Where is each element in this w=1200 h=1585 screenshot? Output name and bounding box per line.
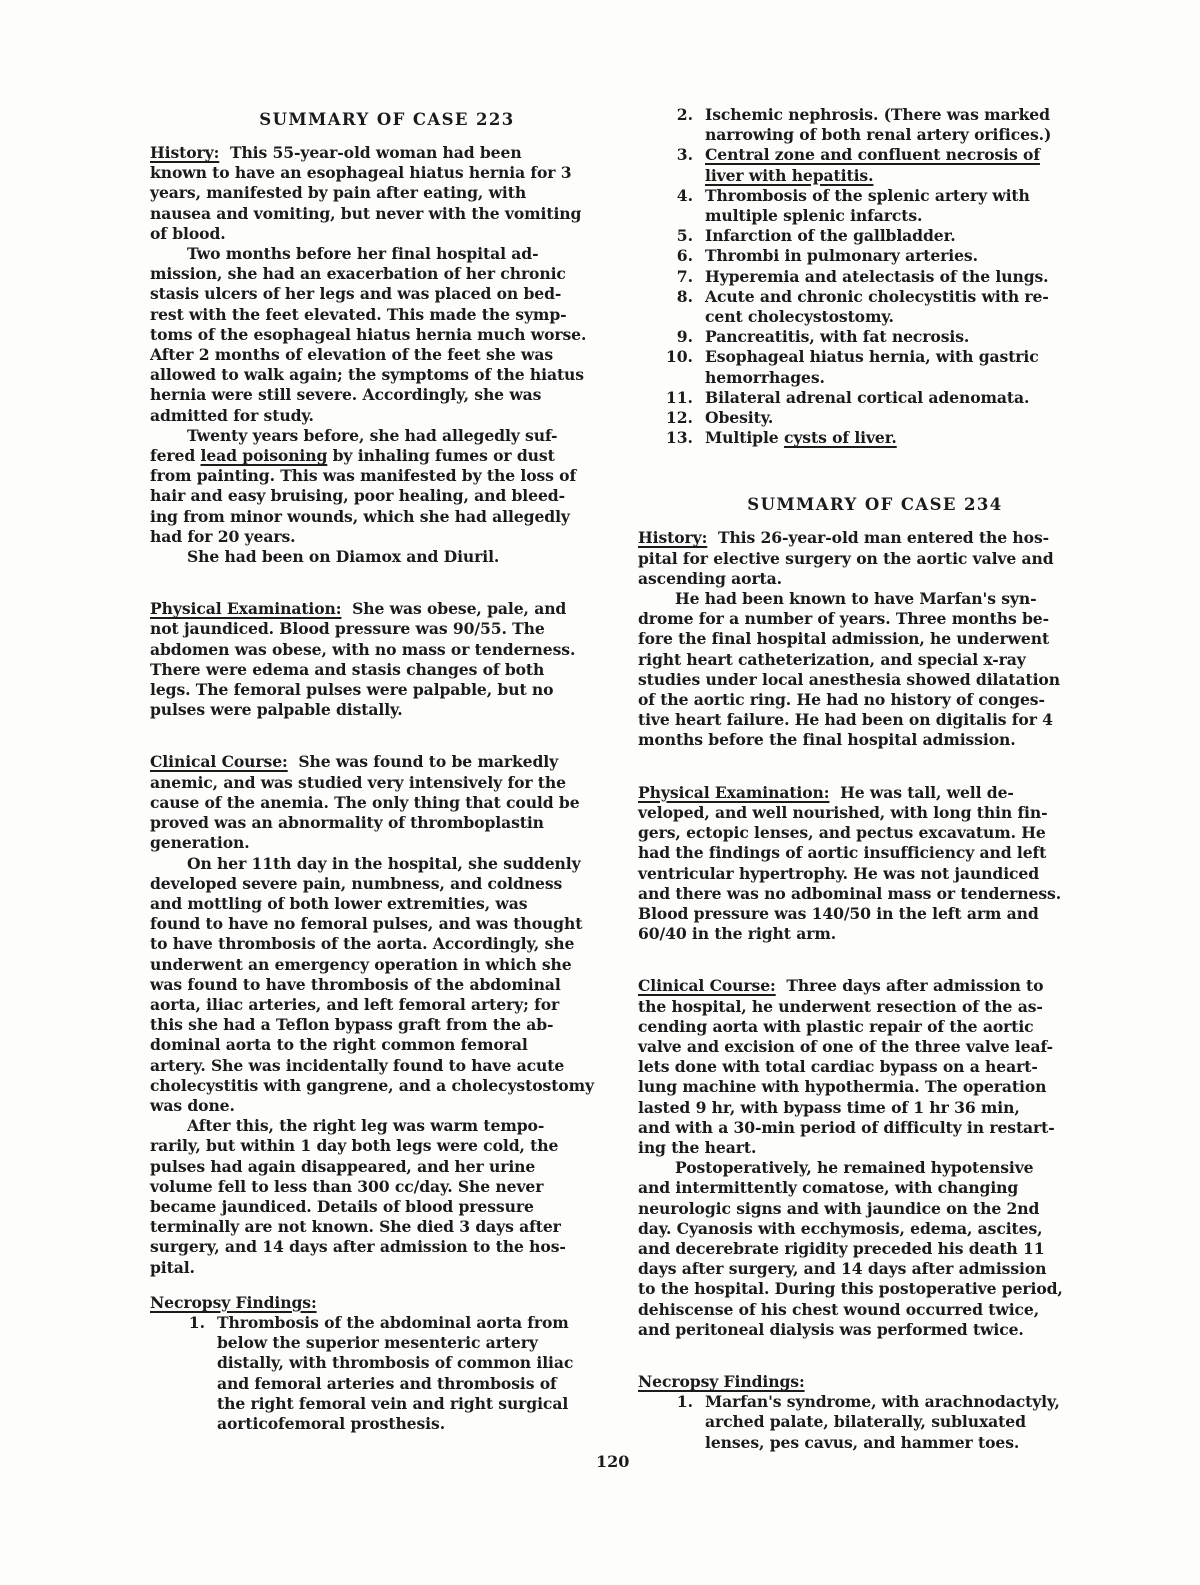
text-run: toms of the esophageal hiatus hernia muc…	[150, 325, 586, 344]
text-run: tive heart failure. He had been on digit…	[638, 710, 1053, 729]
text-run: generation.	[150, 833, 250, 852]
text-run: hernia were still severe. Accordingly, s…	[150, 385, 541, 404]
text-line: terminally are not known. She died 3 day…	[150, 1217, 624, 1237]
text-line: cholecystitis with gangrene, and a chole…	[150, 1076, 624, 1096]
list-item-text: Infarction of the gallbladder.	[693, 226, 956, 246]
text-run: and mottling of both lower extremities, …	[150, 894, 527, 913]
underlined-text: Clinical Course:	[150, 752, 288, 771]
text-run: dominal aorta to the right common femora…	[150, 1035, 528, 1054]
list-item: 6.Thrombi in pulmonary arteries.	[638, 246, 1112, 266]
list-item-number: 2.	[638, 105, 693, 145]
text-line: and decerebrate rigidity preceded his de…	[638, 1239, 1112, 1259]
text-line: Two months before her final hospital ad-	[150, 244, 624, 264]
text-line: Esophageal hiatus hernia, with gastric	[705, 347, 1039, 367]
text-line: pulses had again disappeared, and her ur…	[150, 1157, 624, 1177]
text-run: narrowing of both renal artery orifices.…	[705, 125, 1051, 144]
text-run: arched palate, bilaterally, subluxated	[705, 1412, 1026, 1431]
text-line: nausea and vomiting, but never with the …	[150, 204, 624, 224]
right-column: 2.Ischemic nephrosis. (There was markedn…	[638, 105, 1112, 1453]
underlined-text: Central zone and confluent necrosis of	[705, 145, 1040, 164]
text-run: the hospital, he underwent resection of …	[638, 997, 1043, 1016]
text-run: and with a 30-min period of difficulty i…	[638, 1118, 1055, 1137]
text-run: cholecystitis with gangrene, and a chole…	[150, 1076, 594, 1095]
list-item: 7.Hyperemia and atelectasis of the lungs…	[638, 267, 1112, 287]
text-run: was found to have thrombosis of the abdo…	[150, 975, 561, 994]
list-item-number: 1.	[638, 1392, 693, 1453]
paragraph: History: This 55-year-old woman had been…	[150, 143, 624, 244]
text-line: Thrombi in pulmonary arteries.	[705, 246, 978, 266]
text-run: SUMMARY OF CASE 234	[747, 495, 1002, 514]
paragraph: Two months before her final hospital ad-…	[150, 244, 624, 426]
text-line: Pancreatitis, with fat necrosis.	[705, 327, 969, 347]
text-line: pital.	[150, 1258, 624, 1278]
text-run: After this, the right leg was warm tempo…	[187, 1116, 544, 1135]
text-run: proved was an abnormality of thromboplas…	[150, 813, 544, 832]
text-line: not jaundiced. Blood pressure was 90/55.…	[150, 619, 624, 639]
text-run: pulses were palpable distally.	[150, 700, 403, 719]
text-run: Ischemic nephrosis. (There was marked	[705, 105, 1050, 124]
paragraph: Physical Examination: She was obese, pal…	[150, 599, 624, 720]
text-run: allowed to walk again; the symptoms of t…	[150, 365, 584, 384]
left-column: SUMMARY OF CASE 223History: This 55-year…	[150, 110, 624, 1434]
text-run: lasted 9 hr, with bypass time of 1 hr 36…	[638, 1098, 1020, 1117]
text-line: days after surgery, and 14 days after ad…	[638, 1259, 1112, 1279]
text-run: artery. She was incidentally found to ha…	[150, 1056, 564, 1075]
text-run: gers, ectopic lenses, and pectus excavat…	[638, 823, 1046, 842]
text-run: of blood.	[150, 224, 226, 243]
text-line: known to have an esophageal hiatus herni…	[150, 163, 624, 183]
text-run: pital.	[150, 1258, 195, 1277]
text-line: fore the final hospital admission, he un…	[638, 629, 1112, 649]
paragraph: Twenty years before, she had allegedly s…	[150, 426, 624, 547]
section: Physical Examination: He was tall, well …	[638, 751, 1112, 945]
text-run: dehiscense of his chest wound occurred t…	[638, 1300, 1039, 1319]
list-item: 12.Obesity.	[638, 408, 1112, 428]
text-run: Blood pressure was 140/50 in the left ar…	[638, 904, 1039, 923]
underlined-text: cysts of liver.	[784, 428, 897, 447]
text-line: underwent an emergency operation in whic…	[150, 955, 624, 975]
text-run: distally, with thrombosis of common ilia…	[217, 1353, 573, 1372]
paragraph: He had been known to have Marfan's syn-d…	[638, 589, 1112, 751]
text-line: ventricular hypertrophy. He was not jaun…	[638, 864, 1112, 884]
text-line: lung machine with hypothermia. The opera…	[638, 1077, 1112, 1097]
text-run: She was found to be markedly	[288, 752, 558, 771]
text-line: toms of the esophageal hiatus hernia muc…	[150, 325, 624, 345]
text-line: pulses were palpable distally.	[150, 700, 624, 720]
text-line: Marfan's syndrome, with arachnodactyly,	[705, 1392, 1060, 1412]
paragraph: She had been on Diamox and Diuril.	[150, 547, 624, 567]
text-line: hernia were still severe. Accordingly, s…	[150, 385, 624, 405]
text-line: multiple splenic infarcts.	[705, 206, 1030, 226]
text-line: Thrombosis of the splenic artery with	[705, 186, 1030, 206]
text-run: Marfan's syndrome, with arachnodactyly,	[705, 1392, 1060, 1411]
text-line: Physical Examination: He was tall, well …	[638, 783, 1112, 803]
text-line: Physical Examination: She was obese, pal…	[150, 599, 624, 619]
text-line: drome for a number of years. Three month…	[638, 609, 1112, 629]
text-run: hair and easy bruising, poor healing, an…	[150, 486, 565, 505]
text-run: rest with the feet elevated. This made t…	[150, 305, 567, 324]
list-item-text: Thrombosis of the splenic artery withmul…	[693, 186, 1030, 226]
paragraph: Physical Examination: He was tall, well …	[638, 783, 1112, 945]
text-line: the right femoral vein and right surgica…	[217, 1394, 573, 1414]
paragraph: After this, the right leg was warm tempo…	[150, 1116, 624, 1278]
text-line: liver with hepatitis.	[705, 166, 1040, 186]
text-line: below the superior mesenteric artery	[217, 1333, 573, 1353]
text-line: She had been on Diamox and Diuril.	[150, 547, 624, 567]
underlined-text: History:	[150, 143, 219, 162]
text-run: and femoral arteries and thrombosis of	[217, 1374, 557, 1393]
paragraph: Necropsy Findings:	[638, 1372, 1112, 1392]
text-run: to the hospital. During this postoperati…	[638, 1279, 1063, 1298]
text-line: Obesity.	[705, 408, 773, 428]
text-run: ing from minor wounds, which she had all…	[150, 507, 570, 526]
text-run: Infarction of the gallbladder.	[705, 226, 956, 245]
text-line: months before the final hospital admissi…	[638, 730, 1112, 750]
text-run: became jaundiced. Details of blood press…	[150, 1197, 534, 1216]
text-run: neurologic signs and with jaundice on th…	[638, 1199, 1039, 1218]
text-line: surgery, and 14 days after admission to …	[150, 1237, 624, 1257]
text-line: to have thrombosis of the aorta. Accordi…	[150, 934, 624, 954]
text-line: and mottling of both lower extremities, …	[150, 894, 624, 914]
list-item-number: 1.	[150, 1313, 205, 1434]
text-line: distally, with thrombosis of common ilia…	[217, 1353, 573, 1373]
text-run: anemic, and was studied very intensively…	[150, 773, 566, 792]
text-line: rarily, but within 1 day both legs were …	[150, 1136, 624, 1156]
text-run: hemorrhages.	[705, 368, 825, 387]
text-run: pulses had again disappeared, and her ur…	[150, 1157, 535, 1176]
document-page: SUMMARY OF CASE 223History: This 55-year…	[0, 0, 1200, 1585]
text-line: Infarction of the gallbladder.	[705, 226, 956, 246]
necropsy-list: 1.Marfan's syndrome, with arachnodactyly…	[638, 1392, 1112, 1453]
text-run: Multiple	[705, 428, 784, 447]
underlined-text: Physical Examination:	[150, 599, 341, 618]
text-line: of blood.	[150, 224, 624, 244]
text-line: became jaundiced. Details of blood press…	[150, 1197, 624, 1217]
paragraph: On her 11th day in the hospital, she sud…	[150, 854, 624, 1117]
text-run: admitted for study.	[150, 406, 314, 425]
text-line: ing from minor wounds, which she had all…	[150, 507, 624, 527]
text-line: and femoral arteries and thrombosis of	[217, 1374, 573, 1394]
text-run: months before the final hospital admissi…	[638, 730, 1016, 749]
text-run: studies under local anesthesia showed di…	[638, 670, 1060, 689]
text-run: fore the final hospital admission, he un…	[638, 629, 1049, 648]
text-line: After this, the right leg was warm tempo…	[150, 1116, 624, 1136]
text-line: stasis ulcers of her legs and was placed…	[150, 284, 624, 304]
case-title: SUMMARY OF CASE 234	[638, 448, 1112, 528]
text-run: days after surgery, and 14 days after ad…	[638, 1259, 1046, 1278]
text-line: Twenty years before, she had allegedly s…	[150, 426, 624, 446]
list-item-text: Marfan's syndrome, with arachnodactyly,a…	[693, 1392, 1060, 1453]
text-run: and peritoneal dialysis was performed tw…	[638, 1320, 1024, 1339]
text-run: Pancreatitis, with fat necrosis.	[705, 327, 969, 346]
list-item: 9.Pancreatitis, with fat necrosis.	[638, 327, 1112, 347]
underlined-text: liver with hepatitis.	[705, 166, 873, 185]
text-run: from painting. This was manifested by th…	[150, 466, 576, 485]
section: Necropsy Findings:	[638, 1340, 1112, 1392]
text-run: aorticofemoral prosthesis.	[217, 1414, 445, 1433]
text-run: terminally are not known. She died 3 day…	[150, 1217, 561, 1236]
text-run: There were edema and stasis changes of b…	[150, 660, 544, 679]
text-run: legs. The femoral pulses were palpable, …	[150, 680, 553, 699]
text-run: nausea and vomiting, but never with the …	[150, 204, 581, 223]
text-run: found to have no femoral pulses, and was…	[150, 914, 582, 933]
text-line: generation.	[150, 833, 624, 853]
list-item: 11.Bilateral adrenal cortical adenomata.	[638, 388, 1112, 408]
text-run: this she had a Teflon bypass graft from …	[150, 1015, 553, 1034]
text-line: lasted 9 hr, with bypass time of 1 hr 36…	[638, 1098, 1112, 1118]
text-run: was done.	[150, 1096, 235, 1115]
text-line: years, manifested by pain after eating, …	[150, 183, 624, 203]
text-line: to the hospital. During this postoperati…	[638, 1279, 1112, 1299]
text-run: surgery, and 14 days after admission to …	[150, 1237, 566, 1256]
text-line: lenses, pes cavus, and hammer toes.	[705, 1433, 1060, 1453]
text-line: ing the heart.	[638, 1138, 1112, 1158]
text-line: tive heart failure. He had been on digit…	[638, 710, 1112, 730]
text-line: the hospital, he underwent resection of …	[638, 997, 1112, 1017]
text-line: admitted for study.	[150, 406, 624, 426]
list-item: 4.Thrombosis of the splenic artery withm…	[638, 186, 1112, 226]
text-line: Ischemic nephrosis. (There was marked	[705, 105, 1051, 125]
text-run: Hyperemia and atelectasis of the lungs.	[705, 267, 1049, 286]
text-run: to have thrombosis of the aorta. Accordi…	[150, 934, 574, 953]
paragraph: Postoperatively, he remained hypotensive…	[638, 1158, 1112, 1340]
text-run: Three days after admission to	[776, 976, 1044, 995]
list-item-text: Thrombi in pulmonary arteries.	[693, 246, 978, 266]
text-run: Twenty years before, she had allegedly s…	[187, 426, 557, 445]
text-line: Postoperatively, he remained hypotensive	[638, 1158, 1112, 1178]
text-line: developed severe pain, numbness, and col…	[150, 874, 624, 894]
text-run: ventricular hypertrophy. He was not jaun…	[638, 864, 1039, 883]
list-item-number: 10.	[638, 347, 693, 387]
text-run: by inhaling fumes or dust	[327, 446, 554, 465]
list-item-number: 11.	[638, 388, 693, 408]
text-line: neurologic signs and with jaundice on th…	[638, 1199, 1112, 1219]
text-line: hemorrhages.	[705, 368, 1039, 388]
underlined-text: Clinical Course:	[638, 976, 776, 995]
text-line: and there was no adbominal mass or tende…	[638, 884, 1112, 904]
text-line: Thrombosis of the abdominal aorta from	[217, 1313, 573, 1333]
text-run: 60/40 in the right arm.	[638, 924, 836, 943]
text-run: below the superior mesenteric artery	[217, 1333, 538, 1352]
text-run: right heart catheterization, and special…	[638, 650, 1026, 669]
list-item-text: Ischemic nephrosis. (There was markednar…	[693, 105, 1051, 145]
text-run: Thrombi in pulmonary arteries.	[705, 246, 978, 265]
text-run: Two months before her final hospital ad-	[187, 244, 538, 263]
text-run: had for 20 years.	[150, 527, 295, 546]
text-line: from painting. This was manifested by th…	[150, 466, 624, 486]
case-title: SUMMARY OF CASE 223	[150, 110, 624, 143]
section: History: This 26-year-old man entered th…	[638, 528, 1112, 750]
text-line: Necropsy Findings:	[150, 1293, 624, 1313]
text-run: On her 11th day in the hospital, she sud…	[187, 854, 581, 873]
list-item: 1.Marfan's syndrome, with arachnodactyly…	[638, 1392, 1112, 1453]
text-run: He had been known to have Marfan's syn-	[675, 589, 1036, 608]
section: Necropsy Findings:	[150, 1278, 624, 1313]
list-item-number: 7.	[638, 267, 693, 287]
necropsy-list: 1.Thrombosis of the abdominal aorta from…	[150, 1313, 624, 1434]
list-item-text: Esophageal hiatus hernia, with gastriche…	[693, 347, 1039, 387]
text-run: Thrombosis of the abdominal aorta from	[217, 1313, 569, 1332]
text-line: Blood pressure was 140/50 in the left ar…	[638, 904, 1112, 924]
text-line: narrowing of both renal artery orifices.…	[705, 125, 1051, 145]
text-run: Bilateral adrenal cortical adenomata.	[705, 388, 1029, 407]
underlined-text: Necropsy Findings:	[150, 1293, 317, 1312]
text-run: This 55-year-old woman had been	[219, 143, 521, 162]
text-line: There were edema and stasis changes of b…	[150, 660, 624, 680]
text-run: cent cholecystostomy.	[705, 307, 894, 326]
text-run: aorta, iliac arteries, and left femoral …	[150, 995, 559, 1014]
text-run: lenses, pes cavus, and hammer toes.	[705, 1433, 1019, 1452]
list-item: 5.Infarction of the gallbladder.	[638, 226, 1112, 246]
text-line: dehiscense of his chest wound occurred t…	[638, 1300, 1112, 1320]
text-line: fered lead poisoning by inhaling fumes o…	[150, 446, 624, 466]
paragraph: Necropsy Findings:	[150, 1293, 624, 1313]
section: History: This 55-year-old woman had been…	[150, 143, 624, 567]
text-run: After 2 months of elevation of the feet …	[150, 345, 553, 364]
text-run: fered	[150, 446, 201, 465]
text-run: multiple splenic infarcts.	[705, 206, 922, 225]
text-run: lets done with total cardiac bypass on a…	[638, 1057, 1038, 1076]
text-line: allowed to walk again; the symptoms of t…	[150, 365, 624, 385]
text-line: History: This 55-year-old woman had been	[150, 143, 624, 163]
section: Clinical Course: She was found to be mar…	[150, 720, 624, 1277]
list-item-text: Multiple cysts of liver.	[693, 428, 897, 448]
text-run: underwent an emergency operation in whic…	[150, 955, 572, 974]
text-line: and intermittently comatose, with changi…	[638, 1178, 1112, 1198]
text-run: pital for elective surgery on the aortic…	[638, 549, 1054, 568]
text-line: anemic, and was studied very intensively…	[150, 773, 624, 793]
text-line: cent cholecystostomy.	[705, 307, 1049, 327]
text-line: had for 20 years.	[150, 527, 624, 547]
text-line: rest with the feet elevated. This made t…	[150, 305, 624, 325]
text-line: Acute and chronic cholecystitis with re-	[705, 287, 1049, 307]
text-run: and intermittently comatose, with changi…	[638, 1178, 1018, 1197]
page-number-text: 120	[596, 1452, 629, 1471]
text-run: and there was no adbominal mass or tende…	[638, 884, 1061, 903]
text-line: veloped, and well nourished, with long t…	[638, 803, 1112, 823]
text-run: She was obese, pale, and	[341, 599, 566, 618]
underlined-text: Physical Examination:	[638, 783, 829, 802]
text-line: legs. The femoral pulses were palpable, …	[150, 680, 624, 700]
list-item-number: 6.	[638, 246, 693, 266]
paragraph: Clinical Course: She was found to be mar…	[150, 752, 624, 853]
list-item: 3.Central zone and confluent necrosis of…	[638, 145, 1112, 185]
text-line: Central zone and confluent necrosis of	[705, 145, 1040, 165]
text-line: of the aortic ring. He had no history of…	[638, 690, 1112, 710]
underlined-text: lead poisoning	[201, 446, 328, 465]
text-line: and peritoneal dialysis was performed tw…	[638, 1320, 1112, 1340]
text-line: pital for elective surgery on the aortic…	[638, 549, 1112, 569]
list-item-number: 9.	[638, 327, 693, 347]
text-line: On her 11th day in the hospital, she sud…	[150, 854, 624, 874]
list-item-text: Obesity.	[693, 408, 773, 428]
list-item: 13.Multiple cysts of liver.	[638, 428, 1112, 448]
list-item-text: Hyperemia and atelectasis of the lungs.	[693, 267, 1049, 287]
list-item-number: 12.	[638, 408, 693, 428]
text-line: gers, ectopic lenses, and pectus excavat…	[638, 823, 1112, 843]
list-item: 2.Ischemic nephrosis. (There was markedn…	[638, 105, 1112, 145]
text-line: lets done with total cardiac bypass on a…	[638, 1057, 1112, 1077]
text-line: had the findings of aortic insufficiency…	[638, 843, 1112, 863]
text-line: proved was an abnormality of thromboplas…	[150, 813, 624, 833]
text-line: right heart catheterization, and special…	[638, 650, 1112, 670]
text-line: cending aorta with plastic repair of the…	[638, 1017, 1112, 1037]
necropsy-list: 2.Ischemic nephrosis. (There was markedn…	[638, 105, 1112, 448]
section: Clinical Course: Three days after admiss…	[638, 944, 1112, 1340]
text-line: valve and excision of one of the three v…	[638, 1037, 1112, 1057]
text-run: Obesity.	[705, 408, 773, 427]
list-item-number: 4.	[638, 186, 693, 226]
text-run: This 26-year-old man entered the hos-	[707, 528, 1049, 547]
text-line: and with a 30-min period of difficulty i…	[638, 1118, 1112, 1138]
text-line: Bilateral adrenal cortical adenomata.	[705, 388, 1029, 408]
text-run: volume fell to less than 300 cc/day. She…	[150, 1177, 543, 1196]
text-line: Clinical Course: Three days after admiss…	[638, 976, 1112, 996]
text-run: rarily, but within 1 day both legs were …	[150, 1136, 558, 1155]
text-line: Necropsy Findings:	[638, 1372, 1112, 1392]
text-line: 60/40 in the right arm.	[638, 924, 1112, 944]
text-run: SUMMARY OF CASE 223	[259, 110, 514, 129]
text-line: He had been known to have Marfan's syn-	[638, 589, 1112, 609]
section: Physical Examination: She was obese, pal…	[150, 567, 624, 720]
text-line: Hyperemia and atelectasis of the lungs.	[705, 267, 1049, 287]
text-run: and decerebrate rigidity preceded his de…	[638, 1239, 1045, 1258]
text-run: She had been on Diamox and Diuril.	[187, 547, 499, 566]
text-run: He was tall, well de-	[829, 783, 1013, 802]
text-run: ascending aorta.	[638, 569, 782, 588]
text-run: of the aortic ring. He had no history of…	[638, 690, 1045, 709]
text-run: Thrombosis of the splenic artery with	[705, 186, 1030, 205]
text-line: artery. She was incidentally found to ha…	[150, 1056, 624, 1076]
text-run: not jaundiced. Blood pressure was 90/55.…	[150, 619, 545, 638]
list-item-text: Acute and chronic cholecystitis with re-…	[693, 287, 1049, 327]
text-line: cause of the anemia. The only thing that…	[150, 793, 624, 813]
list-item-text: Thrombosis of the abdominal aorta frombe…	[205, 1313, 573, 1434]
text-line: abdomen was obese, with no mass or tende…	[150, 640, 624, 660]
text-run: veloped, and well nourished, with long t…	[638, 803, 1048, 822]
text-line: was done.	[150, 1096, 624, 1116]
text-line: History: This 26-year-old man entered th…	[638, 528, 1112, 548]
text-line: aorta, iliac arteries, and left femoral …	[150, 995, 624, 1015]
text-line: found to have no femoral pulses, and was…	[150, 914, 624, 934]
underlined-text: History:	[638, 528, 707, 547]
text-run: Esophageal hiatus hernia, with gastric	[705, 347, 1039, 366]
list-item: 1.Thrombosis of the abdominal aorta from…	[150, 1313, 624, 1434]
text-line: aorticofemoral prosthesis.	[217, 1414, 573, 1434]
text-line: Clinical Course: She was found to be mar…	[150, 752, 624, 772]
text-run: years, manifested by pain after eating, …	[150, 183, 526, 202]
text-run: valve and excision of one of the three v…	[638, 1037, 1053, 1056]
text-line: day. Cyanosis with ecchymosis, edema, as…	[638, 1219, 1112, 1239]
list-item: 8.Acute and chronic cholecystitis with r…	[638, 287, 1112, 327]
text-run: mission, she had an exacerbation of her …	[150, 264, 566, 283]
underlined-text: Necropsy Findings:	[638, 1372, 805, 1391]
text-line: After 2 months of elevation of the feet …	[150, 345, 624, 365]
text-run: developed severe pain, numbness, and col…	[150, 874, 562, 893]
list-item: 10.Esophageal hiatus hernia, with gastri…	[638, 347, 1112, 387]
list-item-number: 13.	[638, 428, 693, 448]
text-line: hair and easy bruising, poor healing, an…	[150, 486, 624, 506]
paragraph: History: This 26-year-old man entered th…	[638, 528, 1112, 589]
list-item-text: Central zone and confluent necrosis ofli…	[693, 145, 1040, 185]
text-run: had the findings of aortic insufficiency…	[638, 843, 1046, 862]
text-line: dominal aorta to the right common femora…	[150, 1035, 624, 1055]
list-item-number: 8.	[638, 287, 693, 327]
text-line: studies under local anesthesia showed di…	[638, 670, 1112, 690]
list-item-text: Pancreatitis, with fat necrosis.	[693, 327, 969, 347]
text-run: Postoperatively, he remained hypotensive	[675, 1158, 1034, 1177]
list-item-number: 5.	[638, 226, 693, 246]
